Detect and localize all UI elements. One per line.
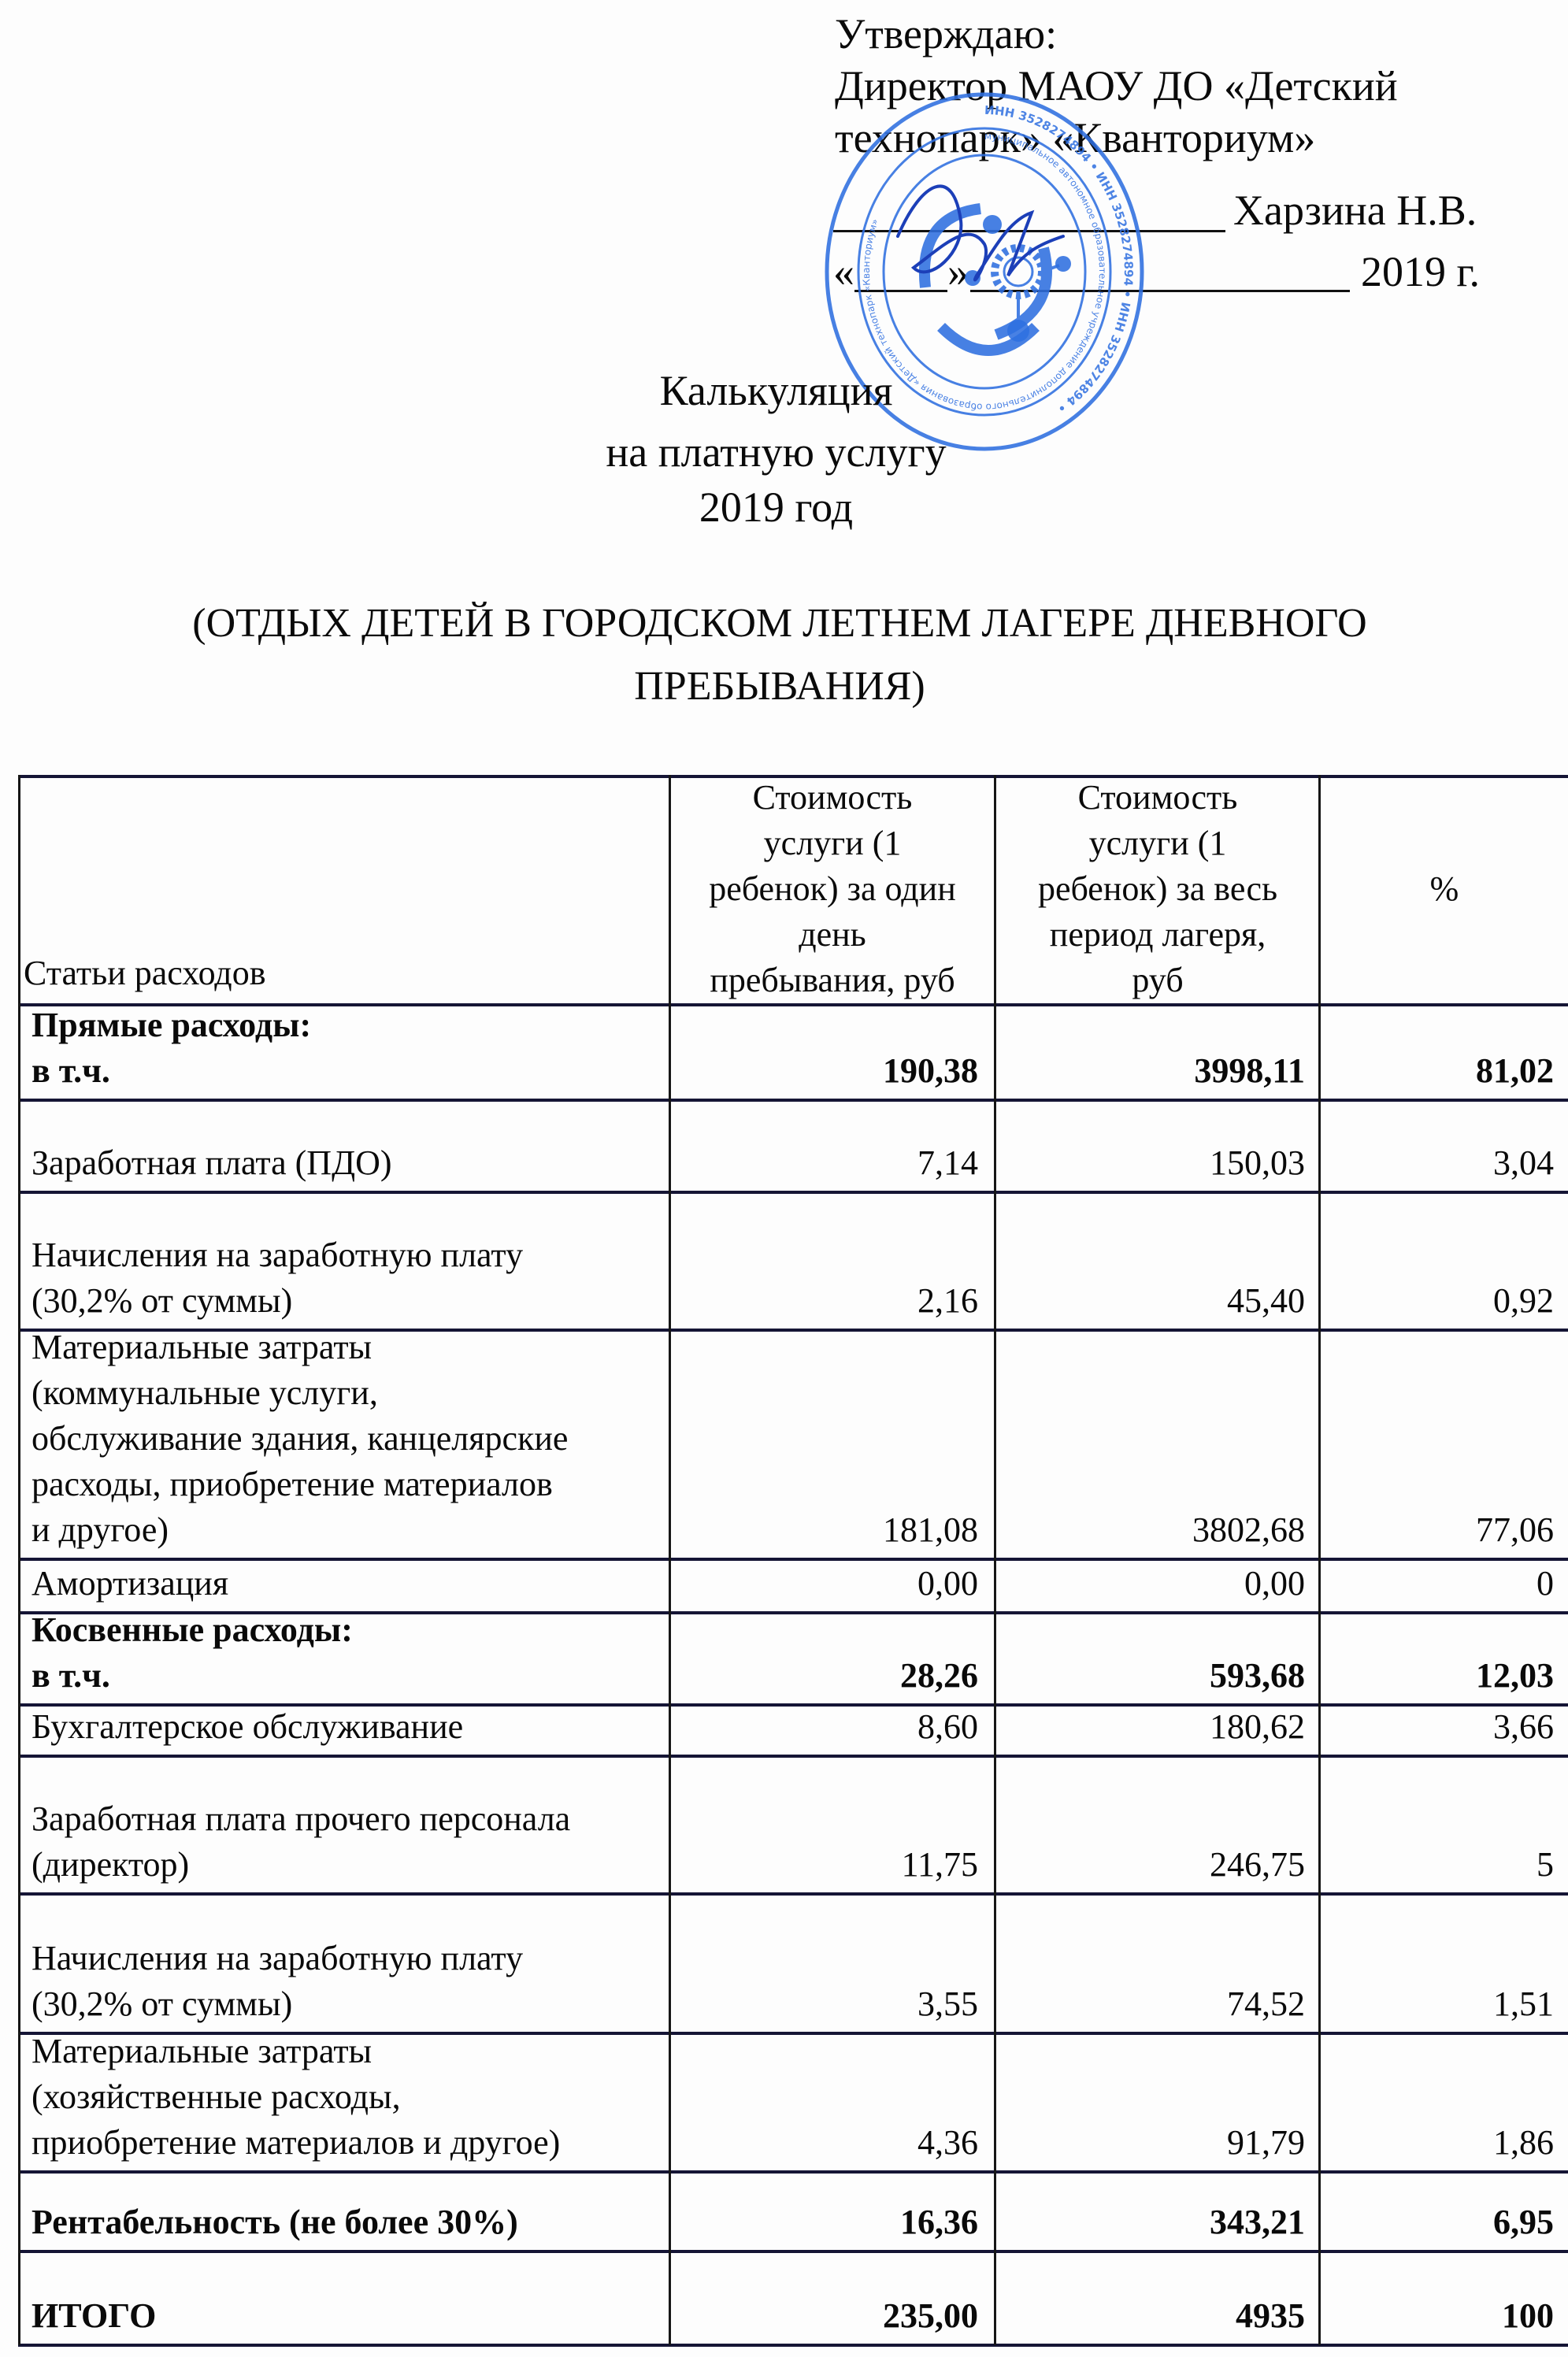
percent-value: 6,95 (1321, 2174, 1554, 2248)
approval-position-line2: технопарк» «Кванториум» (835, 112, 1315, 164)
percent-value: 12,03 (1321, 1614, 1554, 1702)
percent-value: 0,92 (1321, 1194, 1554, 1327)
percent-value: 1,86 (1321, 2035, 1554, 2169)
expense-item-label: ИТОГО (32, 2253, 662, 2342)
cost-per-period-value: 4935 (996, 2253, 1305, 2342)
date-day-line (854, 290, 947, 292)
cost-per-period-value: 3998,11 (996, 1006, 1305, 1097)
cost-per-period-value: 246,75 (996, 1758, 1305, 1891)
table-column-divider (18, 775, 20, 2345)
cost-per-period-value: 3802,68 (996, 1332, 1305, 1556)
cost-per-day-value: 3,55 (671, 1896, 978, 2030)
table-row-divider (18, 775, 1568, 778)
signatory-name: Харзина Н.В. (1233, 184, 1477, 236)
expense-item-label: Заработная плата (ПДО) (32, 1102, 662, 1189)
header-cost-per-period: Стоимость услуги (1 ребенок) за весь пер… (996, 775, 1319, 1003)
table-row-divider (18, 2344, 1568, 2347)
cost-per-period-value: 45,40 (996, 1194, 1305, 1327)
header-cost-per-day: Стоимость услуги (1 ребенок) за один ден… (671, 775, 994, 1003)
expense-item-label: Заработная плата прочего персонала (дире… (32, 1758, 662, 1891)
cost-per-day-value: 28,26 (671, 1614, 978, 1702)
cost-per-day-value: 4,36 (671, 2035, 978, 2169)
cost-per-period-value: 343,21 (996, 2174, 1305, 2248)
cost-per-day-value: 0,00 (671, 1561, 978, 1610)
percent-value: 3,66 (1321, 1707, 1554, 1753)
cost-per-day-value: 8,60 (671, 1707, 978, 1753)
cost-per-day-value: 11,75 (671, 1758, 978, 1891)
expense-item-label: Рентабельность (не более 30%) (32, 2174, 662, 2248)
expense-item-label: Начисления на заработную плату (30,2% от… (32, 1194, 662, 1327)
doc-year: 2019 год (0, 481, 1560, 533)
cost-per-day-value: 235,00 (671, 2253, 978, 2342)
date-close-quote: » (947, 246, 969, 298)
cost-per-period-value: 91,79 (996, 2035, 1305, 2169)
service-subject-line2: ПРЕБЫВАНИЯ) (47, 655, 1512, 718)
expense-item-label: Амортизация (32, 1561, 662, 1610)
cost-per-day-value: 16,36 (671, 2174, 978, 2248)
expense-item-label: Прямые расходы: в т.ч. (32, 1006, 662, 1097)
doc-subtitle: на платную услугу (0, 426, 1560, 478)
cost-per-period-value: 150,03 (996, 1102, 1305, 1189)
cost-per-day-value: 2,16 (671, 1194, 978, 1327)
cost-per-day-value: 7,14 (671, 1102, 978, 1189)
percent-value: 81,02 (1321, 1006, 1554, 1097)
cost-per-period-value: 180,62 (996, 1707, 1305, 1753)
expense-item-label: Материальные затраты (коммунальные услуг… (32, 1332, 662, 1556)
cost-per-day-value: 190,38 (671, 1006, 978, 1097)
date-year: 2019 г. (1361, 246, 1480, 298)
approval-position-line1: Директор МАОУ ДО «Детский (835, 60, 1398, 112)
percent-value: 77,06 (1321, 1332, 1554, 1556)
percent-value: 3,04 (1321, 1102, 1554, 1189)
expense-item-label: Материальные затраты (хозяйственные расх… (32, 2035, 662, 2169)
cost-per-period-value: 74,52 (996, 1896, 1305, 2030)
percent-value: 100 (1321, 2253, 1554, 2342)
service-subject-line1: (ОТДЫХ ДЕТЕЙ В ГОРОДСКОМ ЛЕТНЕМ ЛАГЕРЕ Д… (47, 592, 1512, 655)
signature-line (833, 230, 1225, 232)
expense-item-label: Начисления на заработную плату (30,2% от… (32, 1896, 662, 2030)
percent-value: 0 (1321, 1561, 1554, 1610)
percent-value: 5 (1321, 1758, 1554, 1891)
date-month-line (970, 290, 1350, 292)
percent-value: 1,51 (1321, 1896, 1554, 2030)
date-open-quote: « (833, 246, 854, 298)
doc-title: Калькуляция (0, 365, 1560, 417)
approval-heading: Утверждаю: (835, 8, 1057, 60)
header-expense-items: Статьи расходов (24, 945, 662, 1002)
cost-per-period-value: 593,68 (996, 1614, 1305, 1702)
signature-icon (898, 186, 1063, 280)
expense-item-label: Косвенные расходы: в т.ч. (32, 1614, 662, 1702)
header-percent: % (1321, 775, 1568, 1003)
expense-item-label: Бухгалтерское обслуживание (32, 1707, 662, 1753)
cost-per-day-value: 181,08 (671, 1332, 978, 1556)
cost-per-period-value: 0,00 (996, 1561, 1305, 1610)
